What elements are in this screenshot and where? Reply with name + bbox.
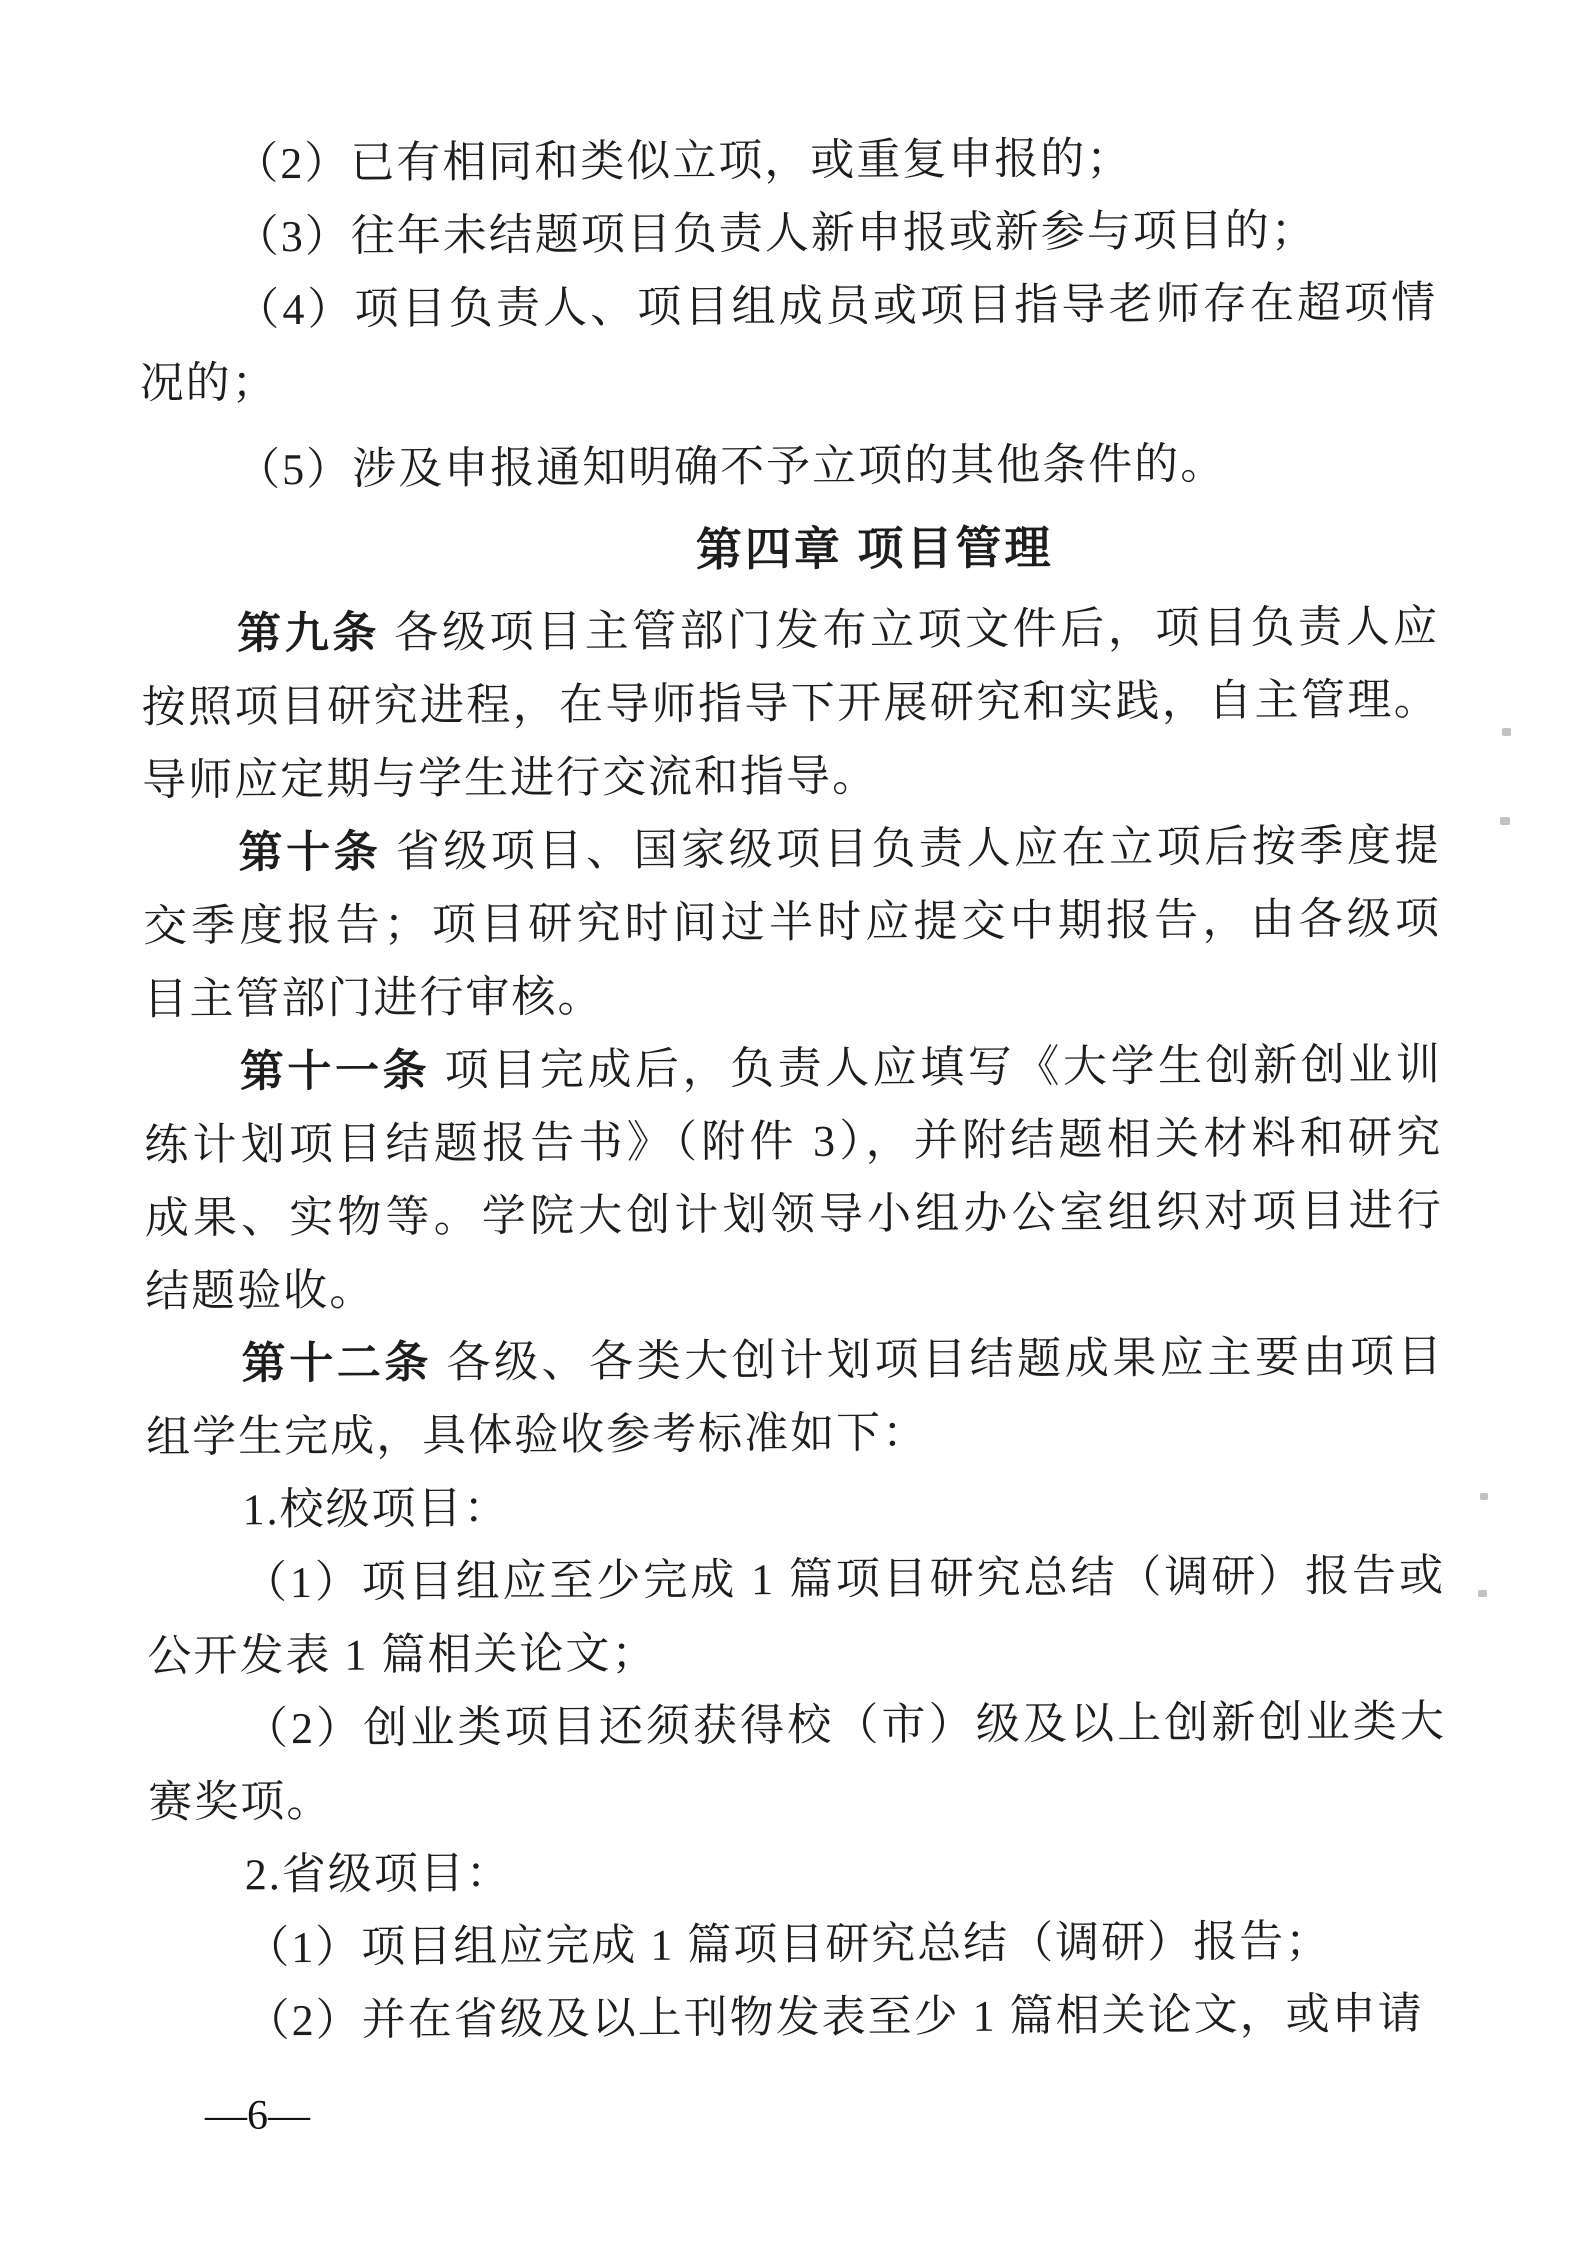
text-line: 按照项目研究进程，在导师指导下开展研究和实践，自主管理。: [141, 663, 1439, 744]
document-body: （2）已有相同和类似立项，或重复申报的； （3）往年未结题项目负责人新申报或新参…: [138, 120, 1448, 2058]
line-text: 组学生完成，具体验收参考标准如下：: [146, 1408, 928, 1462]
line-text: （4）项目负责人、项目组成员或项目指导老师存在超项情: [235, 278, 1437, 334]
line-text: 项目完成后，负责人应填写《大学生创新创业训: [430, 1040, 1442, 1095]
text-line: （4）项目负责人、项目组成员或项目指导老师存在超项情: [139, 266, 1437, 347]
text-line: 组学生完成，具体验收参考标准如下：: [146, 1393, 1444, 1474]
line-text: （1）项目组应至少完成 1 篇项目研究总结（调研）报告或: [243, 1551, 1445, 1607]
document-page: （2）已有相同和类似立项，或重复申报的； （3）往年未结题项目负责人新申报或新参…: [0, 0, 1587, 2244]
article-number: 第十条: [238, 828, 381, 878]
line-text: 2.省级项目：: [245, 1849, 512, 1900]
text-line: 况的；: [139, 339, 1437, 420]
line-text: 目主管部门进行审核。: [143, 972, 603, 1024]
scan-speck: [1478, 1590, 1487, 1597]
text-line: （2）并在省级及以上刊物发表至少 1 篇相关论文，或申请: [149, 1977, 1447, 2058]
line-text: 导师应定期与学生进行交流和指导。: [142, 751, 878, 804]
text-line: （1）项目组应完成 1 篇项目研究总结（调研）报告；: [149, 1904, 1447, 1985]
text-line: 交季度报告；项目研究时间过半时应提交中期报告，由各级项: [143, 882, 1441, 963]
text-line: 结题验收。: [145, 1247, 1443, 1328]
text-line: 成果、实物等。学院大创计划领导小组办公室组织对项目进行: [145, 1174, 1443, 1255]
line-text: 公开发表 1 篇相关论文；: [147, 1629, 657, 1681]
text-line: 1.校级项目：: [146, 1466, 1444, 1547]
line-text: 况的；: [140, 358, 278, 408]
text-line: 练计划项目结题报告书》（附件 3），并附结题相关材料和研究: [144, 1101, 1442, 1182]
line-text: 成果、实物等。学院大创计划领导小组办公室组织对项目进行: [145, 1186, 1443, 1243]
text-line: 第十一条 项目完成后，负责人应填写《大学生创新创业训: [144, 1028, 1442, 1109]
line-text: 按照项目研究进程，在导师指导下开展研究和实践，自主管理。: [142, 675, 1440, 732]
article-number: 第十二条: [242, 1338, 433, 1388]
chapter-heading: 第四章 项目管理: [140, 509, 1438, 590]
line-text: 交季度报告；项目研究时间过半时应提交中期报告，由各级项: [143, 894, 1441, 951]
line-text: 1.校级项目：: [242, 1484, 509, 1535]
chapter-heading-text: 第四章 项目管理: [696, 522, 1054, 575]
line-text: 练计划项目结题报告书》（附件 3），并附结题相关材料和研究: [144, 1113, 1442, 1170]
text-line: （2）创业类项目还须获得校（市）级及以上创新创业类大: [148, 1685, 1446, 1766]
text-line: 2.省级项目：: [149, 1831, 1447, 1912]
line-text: 各级项目主管部门发布立项文件后，项目负责人应: [380, 602, 1440, 657]
page-number: —6—: [205, 2092, 310, 2140]
article-number: 第九条: [237, 609, 380, 659]
line-text: 各级、各类大创计划项目结题成果应主要由项目: [432, 1332, 1444, 1387]
text-line: （1）项目组应至少完成 1 篇项目研究总结（调研）报告或: [147, 1539, 1445, 1620]
scan-speck: [1480, 1493, 1488, 1500]
text-line: 第十二条 各级、各类大创计划项目结题成果应主要由项目: [145, 1320, 1443, 1401]
line-text: （3）往年未结题项目负责人新申报或新参与项目的；: [235, 206, 1317, 262]
line-text: （5）涉及申报通知明确不予立项的其他条件的。: [236, 439, 1226, 494]
text-line: （2）已有相同和类似立项，或重复申报的；: [138, 120, 1436, 201]
line-text: （2）并在省级及以上刊物发表至少 1 篇相关论文，或申请: [246, 1989, 1424, 2045]
text-line: （5）涉及申报通知明确不予立项的其他条件的。: [140, 426, 1438, 507]
text-line: 导师应定期与学生进行交流和指导。: [142, 736, 1440, 817]
line-text: 结题验收。: [145, 1266, 375, 1316]
text-line: 赛奖项。: [148, 1758, 1446, 1839]
scan-speck: [1502, 728, 1511, 736]
article-number: 第十一条: [240, 1046, 431, 1096]
line-text: （1）项目组应完成 1 篇项目研究总结（调研）报告；: [245, 1917, 1331, 1973]
text-line: 第九条 各级项目主管部门发布立项文件后，项目负责人应: [141, 590, 1439, 671]
scan-speck: [1500, 817, 1510, 825]
text-line: 目主管部门进行审核。: [143, 955, 1441, 1036]
text-line: 第十条 省级项目、国家级项目负责人应在立项后按季度提: [142, 809, 1440, 890]
line-text: 省级项目、国家级项目负责人应在立项后按季度提: [381, 821, 1441, 876]
text-line: （3）往年未结题项目负责人新申报或新参与项目的；: [139, 193, 1437, 274]
line-text: （2）创业类项目还须获得校（市）级及以上创新创业类大: [244, 1697, 1446, 1753]
text-line: 公开发表 1 篇相关论文；: [147, 1612, 1445, 1693]
line-text: （2）已有相同和类似立项，或重复申报的；: [234, 134, 1132, 188]
line-text: 赛奖项。: [148, 1777, 332, 1827]
